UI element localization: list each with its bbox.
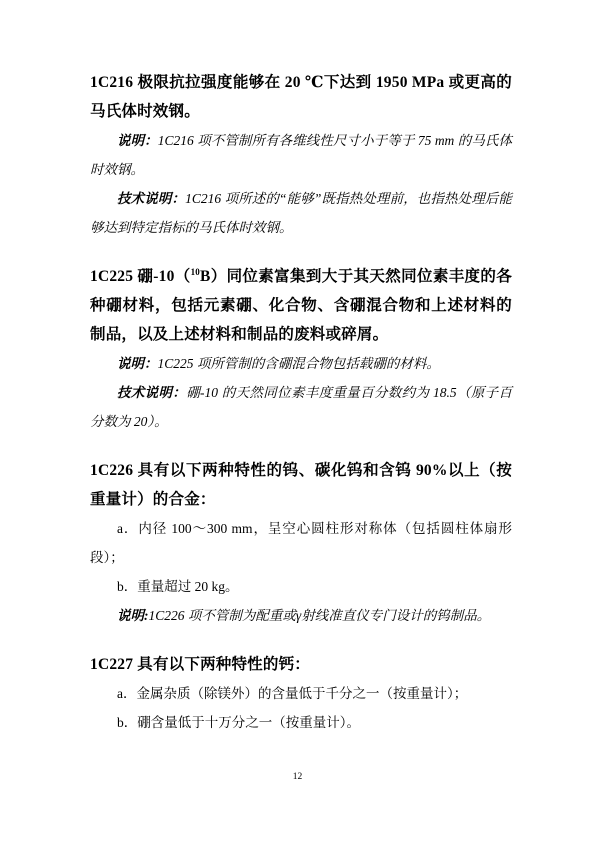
page-number: 12 — [0, 771, 595, 783]
list-item-b: b．重量超过 20 kg。 — [90, 572, 512, 601]
heading-text: 1C216 极限抗拉强度能够在 20 ℃下达到 1950 MPa 或更高的马氏体… — [90, 74, 512, 120]
note-paragraph: 说明：1C225 项所管制的含硼混合物包括载硼的材料。 — [90, 349, 512, 378]
note-text: 1C225 项所管制的含硼混合物包括载硼的材料。 — [158, 356, 440, 371]
technical-note-label: 技术说明： — [117, 385, 186, 400]
list-item-b: b．硼含量低于十万分之一（按重量计）。 — [90, 708, 512, 737]
section-1c216: 1C216 极限抗拉强度能够在 20 ℃下达到 1950 MPa 或更高的马氏体… — [90, 68, 512, 242]
section-heading: 1C226 具有以下两种特性的钨、碳化钨和含钨 90%以上（按重量计）的合金： — [90, 456, 512, 514]
technical-note-paragraph: 技术说明：1C216 项所述的“能够”既指热处理前，也指热处理后能够达到特定指标… — [90, 184, 512, 242]
section-heading: 1C216 极限抗拉强度能够在 20 ℃下达到 1950 MPa 或更高的马氏体… — [90, 68, 512, 126]
section-1c226: 1C226 具有以下两种特性的钨、碳化钨和含钨 90%以上（按重量计）的合金： … — [90, 456, 512, 630]
note-text: 1C226 项不管制为配重或γ射线准直仪专门设计的钨制品。 — [149, 608, 491, 623]
section-heading: 1C227 具有以下两种特性的钙： — [90, 650, 512, 679]
heading-text: 1C226 具有以下两种特性的钨、碳化钨和含钨 90%以上（按重量计）的合金： — [90, 462, 512, 508]
note-paragraph: 说明:1C226 项不管制为配重或γ射线准直仪专门设计的钨制品。 — [90, 601, 512, 630]
technical-note-paragraph: 技术说明：硼-10 的天然同位素丰度重量百分数约为 18.5（原子百分数为 20… — [90, 378, 512, 436]
document-page: 1C216 极限抗拉强度能够在 20 ℃下达到 1950 MPa 或更高的马氏体… — [0, 0, 595, 841]
heading-text-pre: 1C225 硼-10（ — [90, 268, 191, 285]
note-paragraph: 说明：1C216 项不管制所有各维线性尺寸小于等于 75 mm 的马氏体时效钢。 — [90, 126, 512, 184]
isotope-superscript: 10 — [191, 267, 200, 277]
note-label: 说明： — [117, 356, 158, 371]
technical-note-label: 技术说明： — [117, 191, 185, 206]
list-item-a: a．金属杂质（除镁外）的含量低于千分之一（按重量计）； — [90, 679, 512, 708]
note-label: 说明: — [117, 608, 149, 623]
section-1c227: 1C227 具有以下两种特性的钙： a．金属杂质（除镁外）的含量低于千分之一（按… — [90, 650, 512, 737]
list-item-a: a．内径 100～300 mm，呈空心圆柱形对称体（包括圆柱体扇形段）； — [90, 514, 512, 572]
heading-text: 1C227 具有以下两种特性的钙： — [90, 656, 310, 673]
section-1c225: 1C225 硼-10（10B）同位素富集到大于其天然同位素丰度的各种硼材料，包括… — [90, 262, 512, 436]
note-label: 说明： — [117, 133, 158, 148]
section-heading: 1C225 硼-10（10B）同位素富集到大于其天然同位素丰度的各种硼材料，包括… — [90, 262, 512, 349]
